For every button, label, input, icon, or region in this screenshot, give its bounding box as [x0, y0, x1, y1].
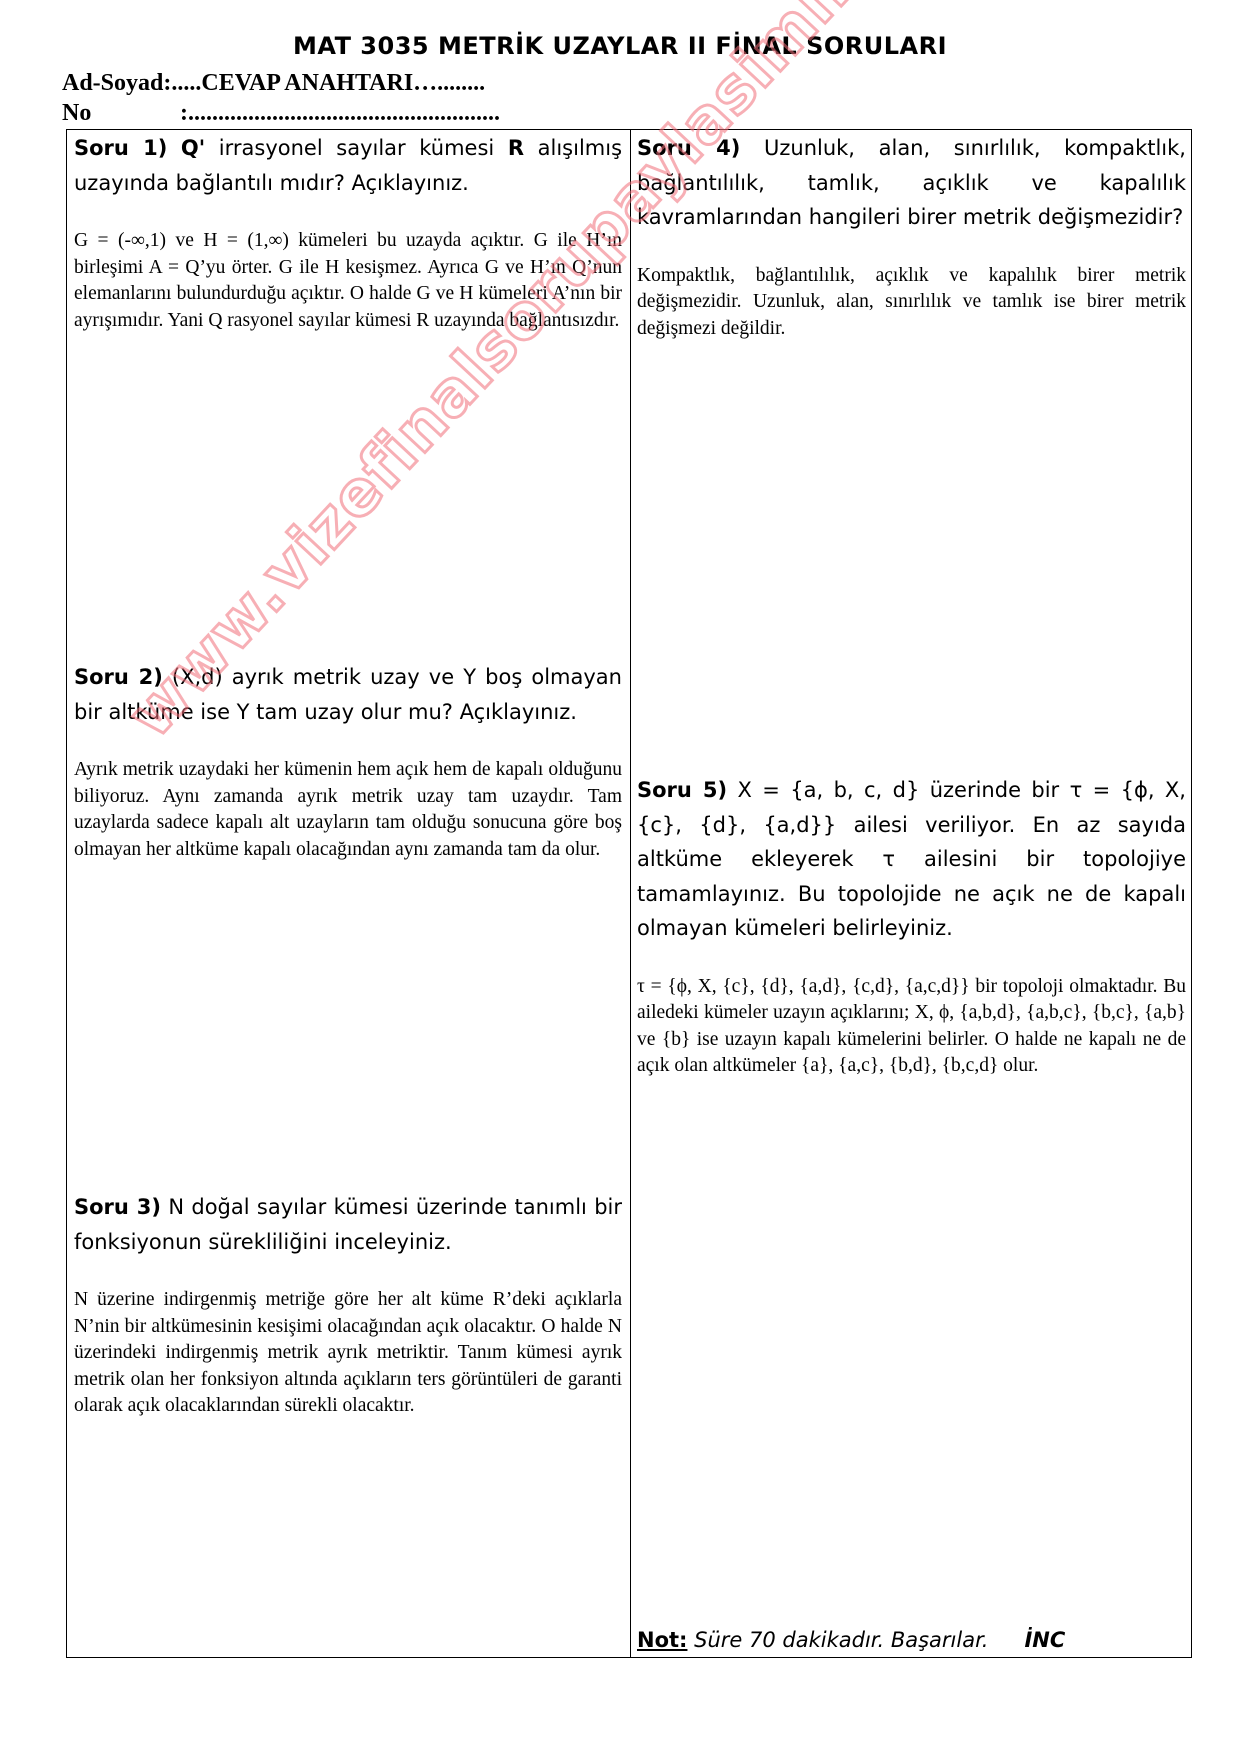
question-5-body: X = {a, b, c, d} üzerinde bir τ = {ϕ, X,… — [637, 778, 1186, 940]
question-3-label: Soru 3) — [74, 1195, 161, 1219]
exam-note: Not: Süre 70 dakikadır. Başarılar.İNC — [637, 1628, 1065, 1652]
signature: İNC — [1024, 1628, 1065, 1652]
name-line: Ad-Soyad:.....CEVAP ANAHTARI…........ — [62, 70, 485, 97]
question-4-label: Soru 4) — [637, 136, 740, 160]
answer-4: Kompaktlık, bağlantılılık, açıklık ve ka… — [637, 263, 1186, 343]
answer-5: τ = {ϕ, X, {c}, {d}, {a,d}, {c,d}, {a,c,… — [637, 974, 1186, 1080]
question-1: Soru 1) Q' irrasyonel sayılar kümesi R a… — [74, 131, 622, 334]
question-5-label: Soru 5) — [637, 778, 727, 802]
column-divider — [630, 129, 631, 1658]
question-2-label: Soru 2) — [74, 665, 163, 689]
number-line: No:.....................................… — [62, 100, 500, 127]
question-4: Soru 4) Uzunluk, alan, sınırlılık, kompa… — [637, 131, 1186, 342]
question-3: Soru 3) N doğal sayılar kümesi üzerinde … — [74, 1190, 622, 1420]
name-value: .....CEVAP ANAHTARI…........ — [171, 70, 485, 96]
number-value: :.......................................… — [180, 100, 500, 126]
question-5: Soru 5) X = {a, b, c, d} üzerinde bir τ … — [637, 773, 1186, 1080]
number-label: No — [62, 100, 180, 127]
question-3-text: Soru 3) N doğal sayılar kümesi üzerinde … — [74, 1190, 622, 1259]
answer-2: Ayrık metrik uzaydaki her kümenin hem aç… — [74, 757, 622, 863]
question-2-text: Soru 2) (X,d) ayrık metrik uzay ve Y boş… — [74, 660, 622, 729]
note-label: Not: — [637, 1628, 687, 1652]
question-4-text: Soru 4) Uzunluk, alan, sınırlılık, kompa… — [637, 131, 1186, 235]
answer-1: G = (-∞,1) ve H = (1,∞) kümeleri bu uzay… — [74, 228, 622, 334]
question-2: Soru 2) (X,d) ayrık metrik uzay ve Y boş… — [74, 660, 622, 863]
question-1-text: Soru 1) Q' irrasyonel sayılar kümesi R a… — [74, 131, 622, 200]
answer-3: N üzerine indirgenmiş metriğe göre her a… — [74, 1287, 622, 1420]
note-text: Süre 70 dakikadır. Başarılar. — [687, 1628, 988, 1652]
name-label: Ad-Soyad: — [62, 70, 171, 96]
question-5-text: Soru 5) X = {a, b, c, d} üzerinde bir τ … — [637, 773, 1186, 946]
exam-title: MAT 3035 METRİK UZAYLAR II FİNAL SORULAR… — [0, 32, 1240, 60]
question-1-label: Soru 1) — [74, 136, 167, 160]
